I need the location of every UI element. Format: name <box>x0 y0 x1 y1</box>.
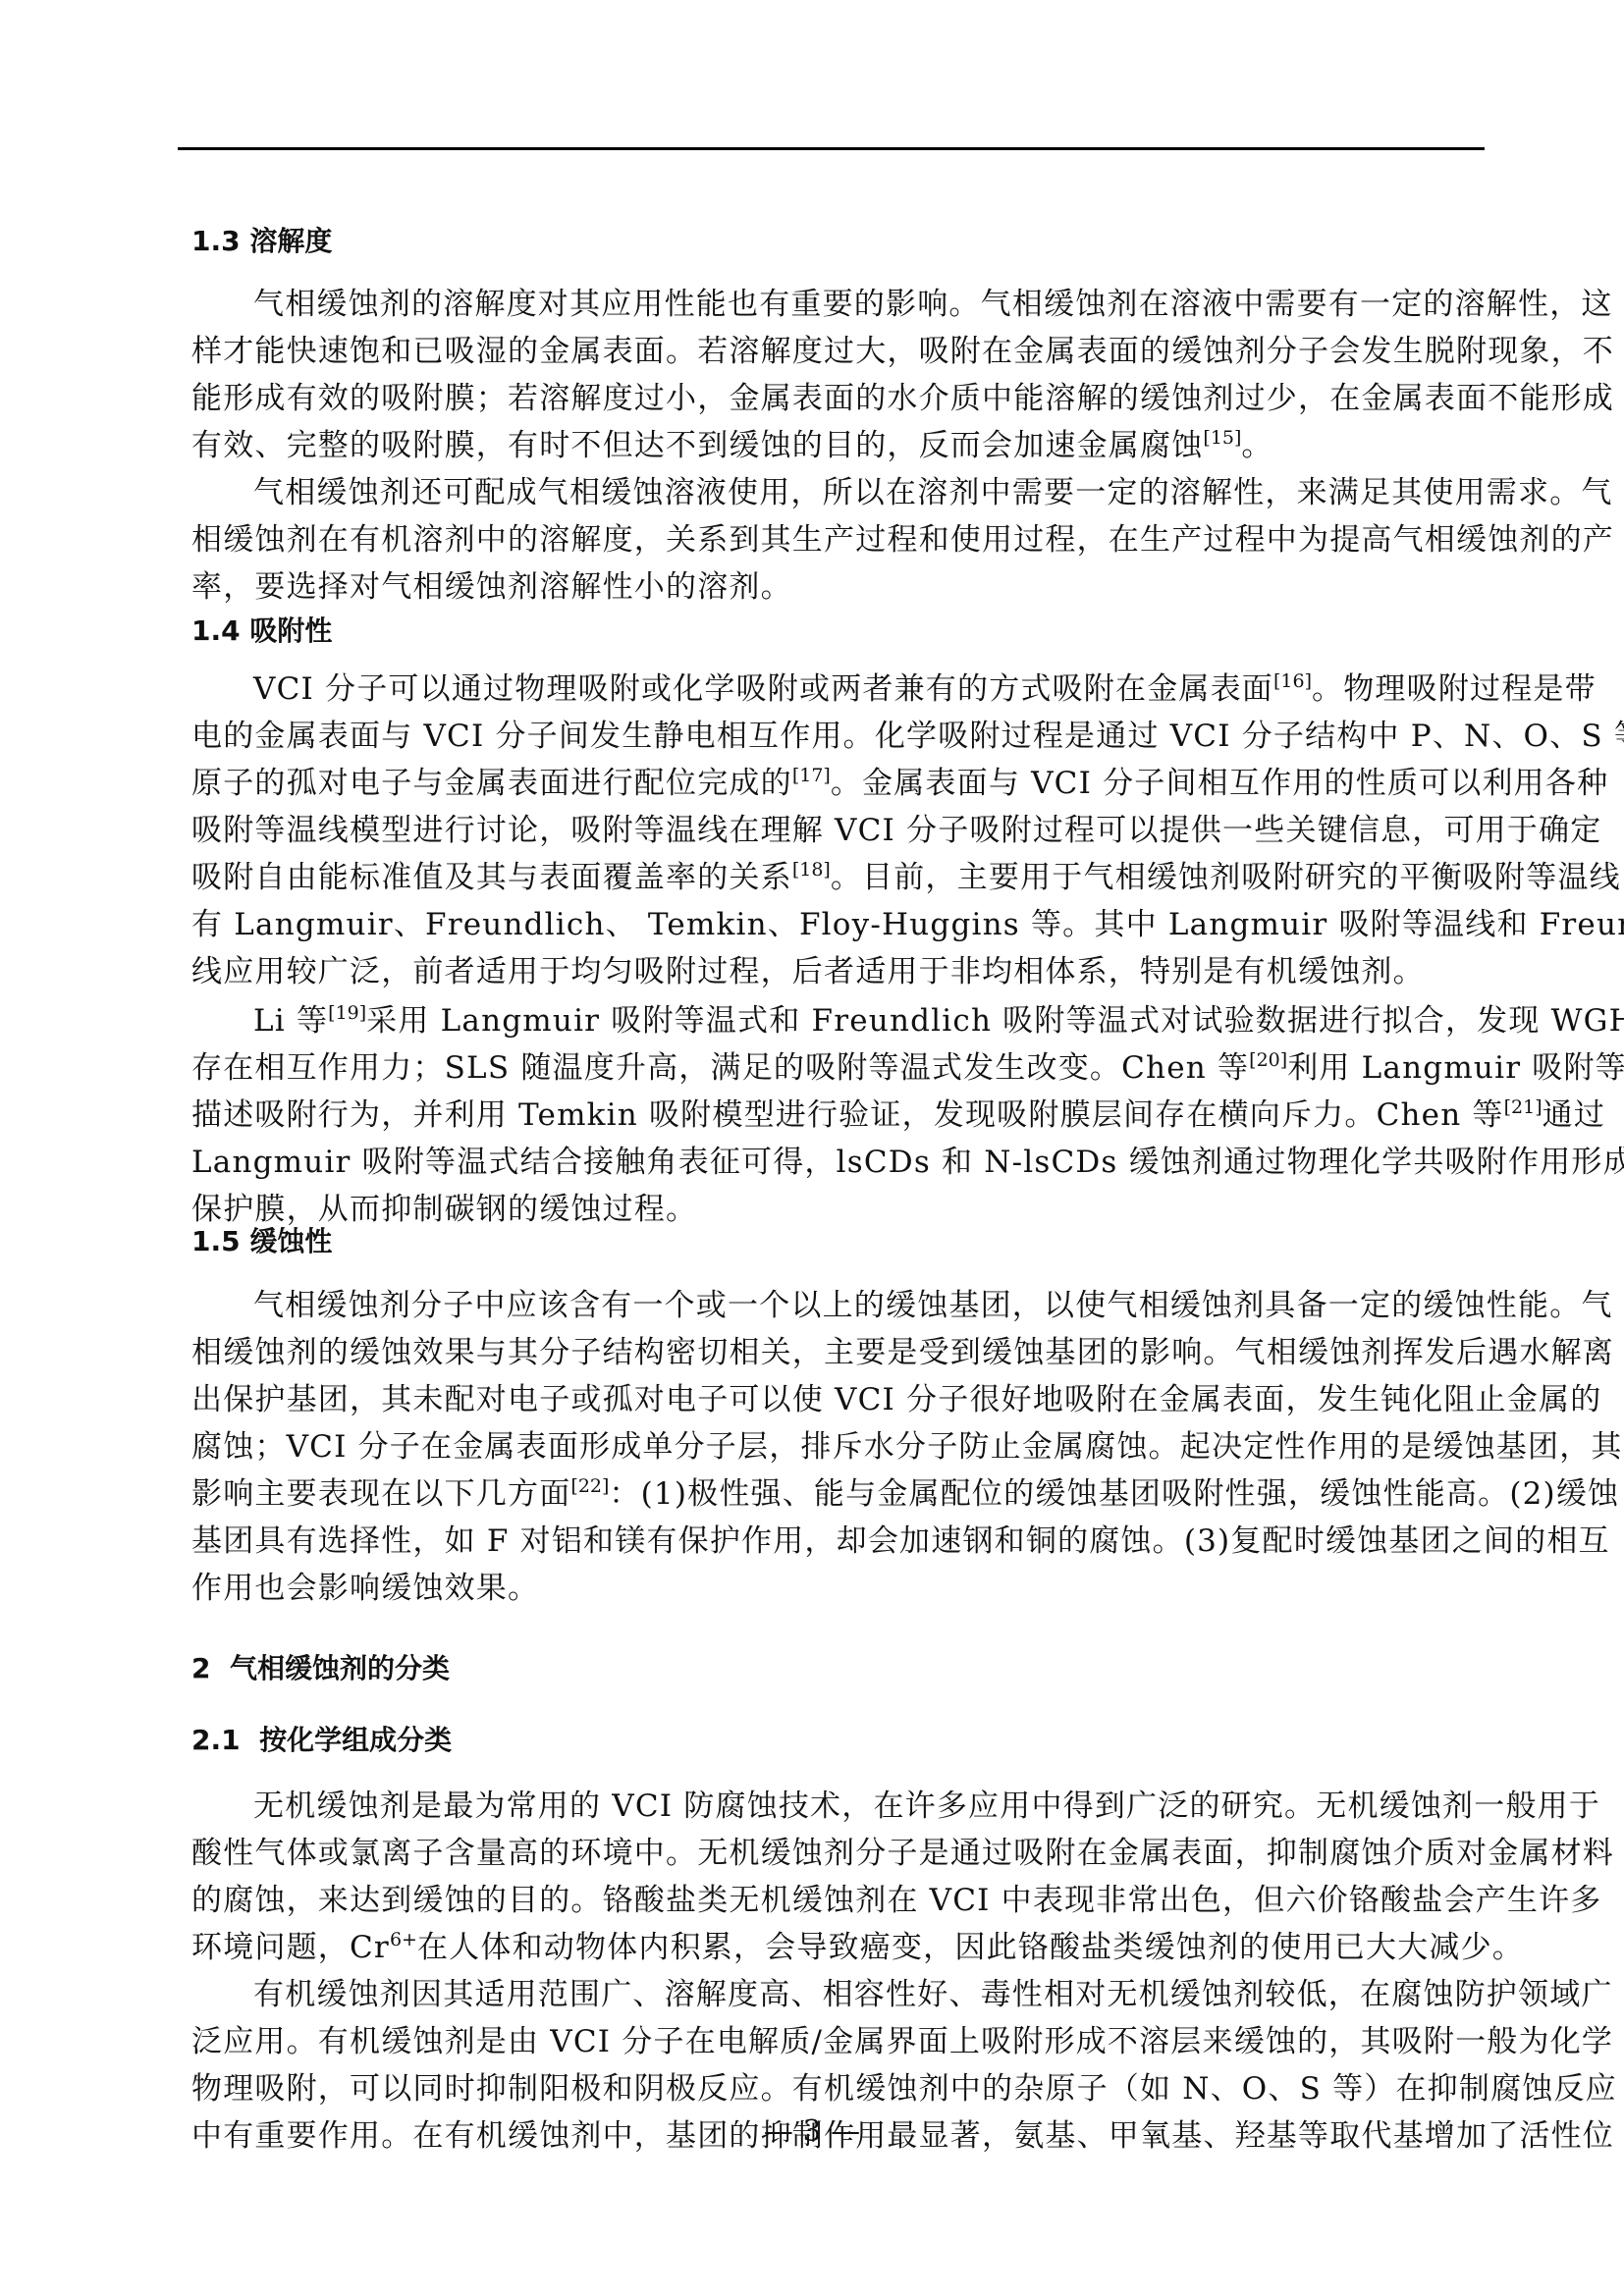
text-run: 原子的孤对电子与金属表面进行配位完成的 <box>191 766 792 801</box>
citation-superscript: [20] <box>1249 1049 1287 1071</box>
text-line: Li 等[19]采用 Langmuir 吸附等温式和 Freundlich 吸附… <box>253 1001 1473 1044</box>
text-line: 电的金属表面与 VCI 分子间发生静电相互作用。化学吸附过程是通过 VCI 分子… <box>191 717 1473 756</box>
text-run: 物理吸附，可以同时抑制阳极和阴极反应。有机缓蚀剂中的杂原子（如 N、O、S 等）… <box>191 2071 1617 2107</box>
text-run: 存在相互作用力；SLS 随温度升高，满足的吸附等温式发生改变。Chen 等 <box>191 1050 1249 1086</box>
section-heading-1-3: 1.3 溶解度 <box>191 222 332 261</box>
text-run: 。金属表面与 VCI 分子间相互作用的性质可以利用各种 <box>831 766 1608 801</box>
text-run: 腐蚀；VCI 分子在金属表面形成单分子层，排斥水分子防止金属腐蚀。起决定性作用的… <box>191 1429 1623 1465</box>
citation-superscript: [21] <box>1504 1096 1543 1118</box>
text-line: 描述吸附行为，并利用 Temkin 吸附模型进行验证，发现吸附膜层间存在横向斥力… <box>191 1095 1473 1139</box>
text-line: 出保护基团，其未配对电子或孤对电子可以使 VCI 分子很好地吸附在金属表面，发生… <box>191 1380 1473 1419</box>
text-run: 的腐蚀，来达到缓蚀的目的。铬酸盐类无机缓蚀剂在 VCI 中表现非常出色，但六价铬… <box>191 1883 1601 1918</box>
text-line: VCI 分子可以通过物理吸附或化学吸附或两者兼有的方式吸附在金属表面[16]。物… <box>253 669 1473 713</box>
text-line: 样才能快速饱和已吸湿的金属表面。若溶解度过大，吸附在金属表面的缓蚀剂分子会发生脱… <box>191 332 1473 371</box>
text-run: 相缓蚀剂的缓蚀效果与其分子结构密切相关，主要是受到缓蚀基团的影响。气相缓蚀剂挥发… <box>191 1335 1614 1370</box>
text-line: 气相缓蚀剂还可配成气相缓蚀溶液使用，所以在溶剂中需要一定的溶解性，来满足其使用需… <box>253 473 1473 512</box>
text-run: 酸性气体或氯离子含量高的环境中。无机缓蚀剂分子是通过吸附在金属表面，抑制腐蚀介质… <box>191 1836 1614 1871</box>
text-run: Langmuir 吸附等温式结合接触角表征可得，lsCDs 和 N-lsCDs … <box>191 1145 1624 1180</box>
section-heading-2-1: 2.1 按化学组成分类 <box>191 1721 452 1760</box>
text-run: 。物理吸附过程是带 <box>1312 671 1597 707</box>
text-line: 基团具有选择性，如 F 对铝和镁有保护作用，却会加速钢和铜的腐蚀。(3)复配时缓… <box>191 1522 1473 1561</box>
text-run: 出保护基团，其未配对电子或孤对电子可以使 VCI 分子很好地吸附在金属表面，发生… <box>191 1382 1601 1417</box>
text-run: 利用 Langmuir 吸附等温式 <box>1287 1050 1624 1086</box>
text-run: 电的金属表面与 VCI 分子间发生静电相互作用。化学吸附过程是通过 VCI 分子… <box>191 719 1624 754</box>
text-run: 吸附等温线模型进行讨论，吸附等温线在理解 VCI 分子吸附过程可以提供一些关键信… <box>191 813 1601 848</box>
text-line: 存在相互作用力；SLS 随温度升高，满足的吸附等温式发生改变。Chen 等[20… <box>191 1048 1473 1092</box>
text-run: 。 <box>1241 428 1272 463</box>
text-run: ：(1)极性强、能与金属配位的缓蚀基团吸附性强，缓蚀性能高。(2)缓蚀 <box>609 1476 1619 1512</box>
page-number: — 3 — <box>0 2112 1624 2152</box>
text-line: Langmuir 吸附等温式结合接触角表征可得，lsCDs 和 N-lsCDs … <box>191 1143 1473 1182</box>
citation-superscript: 6+ <box>390 1929 417 1950</box>
text-run: 。目前，主要用于气相缓蚀剂吸附研究的平衡吸附等温线 <box>831 860 1621 895</box>
text-run: 气相缓蚀剂还可配成气相缓蚀溶液使用，所以在溶剂中需要一定的溶解性，来满足其使用需… <box>253 475 1613 510</box>
text-line: 保护膜，从而抑制碳钢的缓蚀过程。 <box>191 1190 1473 1229</box>
text-run: 在人体和动物体内积累，会导致癌变，因此铬酸盐类缓蚀剂的使用已大大减少。 <box>417 1930 1524 1965</box>
header-rule <box>178 147 1485 150</box>
text-run: Li 等 <box>253 1003 328 1039</box>
text-line: 物理吸附，可以同时抑制阳极和阴极反应。有机缓蚀剂中的杂原子（如 N、O、S 等）… <box>191 2069 1473 2109</box>
text-run: 率，要选择对气相缓蚀剂溶解性小的溶剂。 <box>191 569 792 605</box>
text-line: 相缓蚀剂的缓蚀效果与其分子结构密切相关，主要是受到缓蚀基团的影响。气相缓蚀剂挥发… <box>191 1333 1473 1372</box>
text-line: 吸附自由能标准值及其与表面覆盖率的关系[18]。目前，主要用于气相缓蚀剂吸附研究… <box>191 858 1473 901</box>
text-run: 气相缓蚀剂分子中应该含有一个或一个以上的缓蚀基团，以使气相缓蚀剂具备一定的缓蚀性… <box>253 1288 1613 1323</box>
text-run: 作用也会影响缓蚀效果。 <box>191 1571 539 1606</box>
section-heading-2: 2 气相缓蚀剂的分类 <box>191 1649 450 1688</box>
text-run: 采用 Langmuir 吸附等温式和 Freundlich 吸附等温式对试验数据… <box>366 1003 1624 1039</box>
text-run: 通过 <box>1543 1097 1605 1133</box>
text-run: 环境问题，Cr <box>191 1930 390 1965</box>
text-line: 率，要选择对气相缓蚀剂溶解性小的溶剂。 <box>191 567 1473 607</box>
section-heading-1-5: 1.5 缓蚀性 <box>191 1222 332 1261</box>
text-line: 腐蚀；VCI 分子在金属表面形成单分子层，排斥水分子防止金属腐蚀。起决定性作用的… <box>191 1427 1473 1467</box>
text-run: 基团具有选择性，如 F 对铝和镁有保护作用，却会加速钢和铜的腐蚀。(3)复配时缓… <box>191 1523 1610 1559</box>
text-line: 酸性气体或氯离子含量高的环境中。无机缓蚀剂分子是通过吸附在金属表面，抑制腐蚀介质… <box>191 1834 1473 1873</box>
text-run: 有 Langmuir、Freundlich、 Temkin、Floy-Huggi… <box>191 907 1624 942</box>
section-heading-1-4: 1.4 吸附性 <box>191 612 332 651</box>
text-run: 泛应用。有机缓蚀剂是由 VCI 分子在电解质/金属界面上吸附形成不溶层来缓蚀的，… <box>191 2024 1613 2059</box>
text-run: VCI 分子可以通过物理吸附或化学吸附或两者兼有的方式吸附在金属表面 <box>253 671 1273 707</box>
text-line: 无机缓蚀剂是最为常用的 VCI 防腐蚀技术，在许多应用中得到广泛的研究。无机缓蚀… <box>253 1787 1473 1826</box>
text-line: 能形成有效的吸附膜；若溶解度过小，金属表面的水介质中能溶解的缓蚀剂过少，在金属表… <box>191 379 1473 418</box>
text-run: 相缓蚀剂在有机溶剂中的溶解度，关系到其生产过程和使用过程，在生产过程中为提高气相… <box>191 522 1614 558</box>
citation-superscript: [17] <box>792 765 831 786</box>
text-line: 泛应用。有机缓蚀剂是由 VCI 分子在电解质/金属界面上吸附形成不溶层来缓蚀的，… <box>191 2022 1473 2061</box>
text-line: 有 Langmuir、Freundlich、 Temkin、Floy-Huggi… <box>191 905 1473 944</box>
text-line: 的腐蚀，来达到缓蚀的目的。铬酸盐类无机缓蚀剂在 VCI 中表现非常出色，但六价铬… <box>191 1881 1473 1920</box>
text-run: 有机缓蚀剂因其适用范围广、溶解度高、相容性好、毒性相对无机缓蚀剂较低，在腐蚀防护… <box>253 1977 1613 2012</box>
text-line: 气相缓蚀剂分子中应该含有一个或一个以上的缓蚀基团，以使气相缓蚀剂具备一定的缓蚀性… <box>253 1286 1473 1325</box>
text-line: 原子的孤对电子与金属表面进行配位完成的[17]。金属表面与 VCI 分子间相互作… <box>191 764 1473 807</box>
text-line: 相缓蚀剂在有机溶剂中的溶解度，关系到其生产过程和使用过程，在生产过程中为提高气相… <box>191 520 1473 560</box>
text-line: 线应用较广泛，前者适用于均匀吸附过程，后者适用于非均相体系，特别是有机缓蚀剂。 <box>191 952 1473 991</box>
citation-superscript: [22] <box>570 1475 609 1497</box>
text-run: 样才能快速饱和已吸湿的金属表面。若溶解度过大，吸附在金属表面的缓蚀剂分子会发生脱… <box>191 334 1614 369</box>
text-run: 能形成有效的吸附膜；若溶解度过小，金属表面的水介质中能溶解的缓蚀剂过少，在金属表… <box>191 381 1614 416</box>
citation-superscript: [18] <box>792 859 831 881</box>
citation-superscript: [15] <box>1203 427 1241 449</box>
text-run: 气相缓蚀剂的溶解度对其应用性能也有重要的影响。气相缓蚀剂在溶液中需要有一定的溶解… <box>253 287 1613 322</box>
text-run: 有效、完整的吸附膜，有时不但达不到缓蚀的目的，反而会加速金属腐蚀 <box>191 428 1203 463</box>
text-line: 有机缓蚀剂因其适用范围广、溶解度高、相容性好、毒性相对无机缓蚀剂较低，在腐蚀防护… <box>253 1975 1473 2014</box>
text-run: 吸附自由能标准值及其与表面覆盖率的关系 <box>191 860 792 895</box>
text-run: 线应用较广泛，前者适用于均匀吸附过程，后者适用于非均相体系，特别是有机缓蚀剂。 <box>191 954 1425 989</box>
text-run: 描述吸附行为，并利用 Temkin 吸附模型进行验证，发现吸附膜层间存在横向斥力… <box>191 1097 1504 1133</box>
text-line: 气相缓蚀剂的溶解度对其应用性能也有重要的影响。气相缓蚀剂在溶液中需要有一定的溶解… <box>253 285 1473 324</box>
text-run: 影响主要表现在以下几方面 <box>191 1476 570 1512</box>
text-line: 环境问题，Cr6+在人体和动物体内积累，会导致癌变，因此铬酸盐类缓蚀剂的使用已大… <box>191 1928 1473 1971</box>
text-line: 影响主要表现在以下几方面[22]：(1)极性强、能与金属配位的缓蚀基团吸附性强，… <box>191 1474 1473 1518</box>
text-line: 有效、完整的吸附膜，有时不但达不到缓蚀的目的，反而会加速金属腐蚀[15]。 <box>191 426 1473 469</box>
text-line: 作用也会影响缓蚀效果。 <box>191 1569 1473 1608</box>
text-line: 吸附等温线模型进行讨论，吸附等温线在理解 VCI 分子吸附过程可以提供一些关键信… <box>191 811 1473 850</box>
citation-superscript: [16] <box>1273 670 1312 692</box>
text-run: 无机缓蚀剂是最为常用的 VCI 防腐蚀技术，在许多应用中得到广泛的研究。无机缓蚀… <box>253 1789 1600 1824</box>
citation-superscript: [19] <box>328 1002 366 1024</box>
